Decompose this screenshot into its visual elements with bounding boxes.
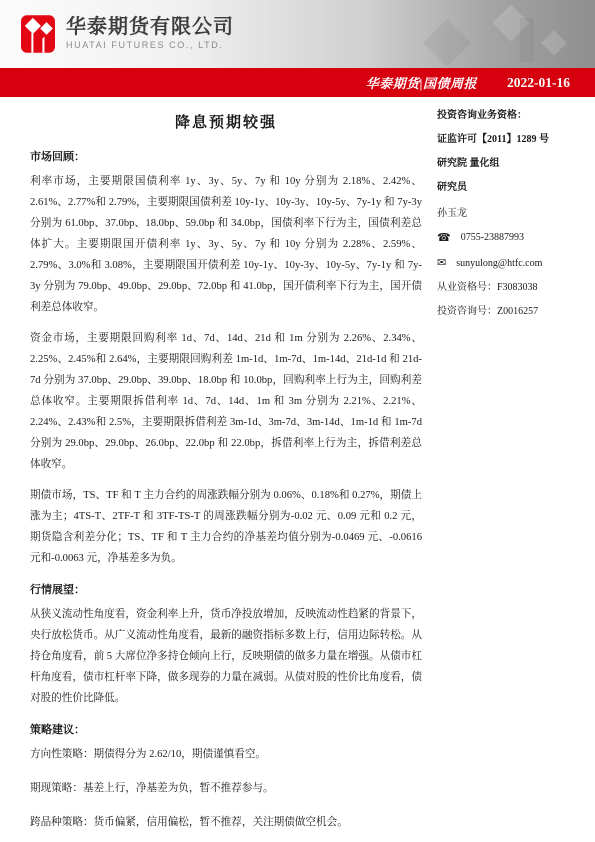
- email-address: sunyulong@htfc.com: [456, 257, 542, 271]
- company-name-zh: 华泰期货有限公司: [66, 17, 234, 38]
- header-watermark-bar: [520, 18, 534, 62]
- page-content: 降息预期较强 市场回顾： 利率市场，主要期限国债利率 1y、3y、5y、7y 和…: [0, 97, 595, 842]
- header-watermark-diamond: [541, 30, 566, 55]
- huatai-futures-logo-icon: [21, 15, 55, 53]
- paragraph-outlook: 从狭义流动性角度看，资金利率上升，货币净投放增加，反映流动性趋紧的背景下，央行放…: [30, 604, 422, 709]
- paragraph-futures-market: 期债市场，TS、TF 和 T 主力合约的周涨跌幅分别为 0.06%、0.18%和…: [30, 485, 422, 569]
- practice-cert-row: 从业资格号：F3083038: [437, 281, 585, 295]
- advisory-cert-label: 投资咨询号：: [437, 306, 497, 317]
- phone-row: ☎ 0755-23887993: [437, 231, 585, 246]
- page-header: 华泰期货有限公司 HUATAI FUTURES CO., LTD.: [0, 0, 595, 68]
- researcher-name: 孙玉龙: [437, 207, 585, 221]
- section-heading-market-review: 市场回顾：: [30, 148, 422, 164]
- practice-cert-number: F3083038: [497, 282, 538, 293]
- company-identity: 华泰期货有限公司 HUATAI FUTURES CO., LTD.: [66, 17, 234, 50]
- report-page: 华泰期货有限公司 HUATAI FUTURES CO., LTD. 华泰期货|国…: [0, 0, 595, 842]
- section-heading-outlook: 行情展望：: [30, 581, 422, 597]
- report-date: 2022-01-16: [507, 75, 570, 91]
- advisory-cert-number: Z0016257: [497, 306, 538, 317]
- license-number: 证监许可【2011】1289 号: [437, 133, 585, 147]
- paragraph-funding-market: 资金市场，主要期限回购利率 1d、7d、14d、21d 和 1m 分别为 2.2…: [30, 328, 422, 475]
- strategy-cross-variety: 跨品种策略：货币偏紧，信用偏松，暂不推荐，关注期债做空机会。: [30, 812, 422, 833]
- researcher-label: 研究员: [437, 181, 585, 195]
- research-institute: 研究院 量化组: [437, 157, 585, 171]
- analyst-sidebar: 投资咨询业务资格： 证监许可【2011】1289 号 研究院 量化组 研究员 孙…: [437, 105, 585, 842]
- report-body: 降息预期较强 市场回顾： 利率市场，主要期限国债利率 1y、3y、5y、7y 和…: [30, 105, 422, 842]
- report-banner: 华泰期货|国债周报 2022-01-16: [0, 68, 595, 97]
- section-heading-strategy: 策略建议：: [30, 721, 422, 737]
- advisory-cert-row: 投资咨询号：Z0016257: [437, 305, 585, 319]
- phone-number: 0755-23887993: [461, 231, 524, 245]
- report-series-label: 华泰期货|国债周报: [366, 73, 477, 92]
- company-name-en: HUATAI FUTURES CO., LTD.: [66, 41, 234, 50]
- header-watermark-diamond: [423, 19, 471, 67]
- email-row: ✉ sunyulong@htfc.com: [437, 256, 585, 271]
- paragraph-rates-market: 利率市场，主要期限国债利率 1y、3y、5y、7y 和 10y 分别为 2.18…: [30, 171, 422, 318]
- strategy-basis: 期现策略：基差上行，净基差为负，暂不推荐参与。: [30, 778, 422, 799]
- strategy-directional: 方向性策略：期债得分为 2.62/10，期债谨慎看空。: [30, 744, 422, 765]
- page-title: 降息预期较强: [30, 111, 422, 132]
- envelope-icon: ✉: [437, 256, 446, 271]
- telephone-icon: ☎: [437, 231, 451, 246]
- practice-cert-label: 从业资格号：: [437, 282, 497, 293]
- qualification-title: 投资咨询业务资格：: [437, 109, 585, 123]
